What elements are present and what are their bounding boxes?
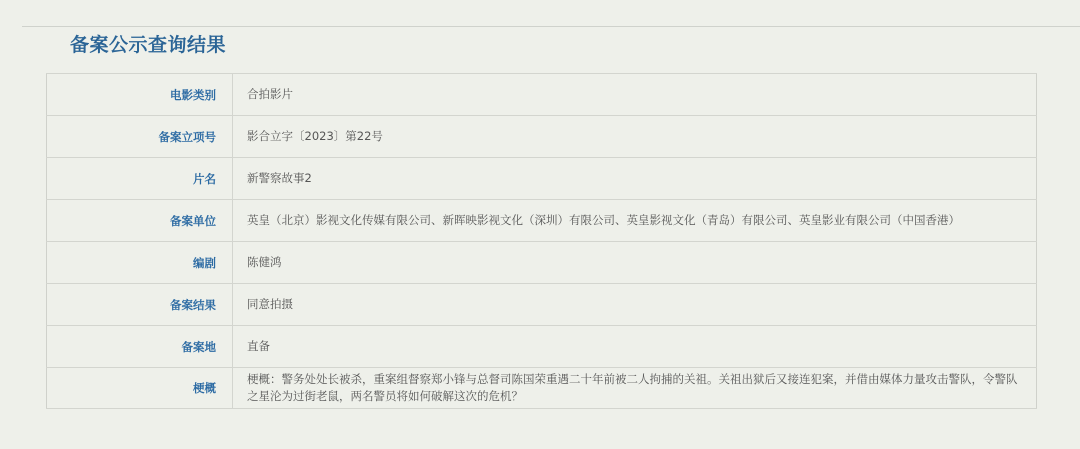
page-title: 备案公示查询结果 xyxy=(70,30,226,57)
table-row-filing-result: 备案结果 同意拍摄 xyxy=(47,284,1037,326)
table-row-filing-units: 备案单位 英皇（北京）影视文化传媒有限公司、新晖映影视文化（深圳）有限公司、英皇… xyxy=(47,200,1037,242)
row-value: 直备 xyxy=(233,326,1037,368)
table-row-filing-location: 备案地 直备 xyxy=(47,326,1037,368)
table-row-project-number: 备案立项号 影合立字〔2023〕第22号 xyxy=(47,116,1037,158)
table-row-film-category: 电影类别 合拍影片 xyxy=(47,74,1037,116)
table-row-film-title: 片名 新警察故事2 xyxy=(47,158,1037,200)
row-value: 新警察故事2 xyxy=(233,158,1037,200)
row-value: 梗概：警务处处长被杀，重案组督察郑小锋与总督司陈国荣重遇二十年前被二人拘捕的关祖… xyxy=(233,368,1037,409)
top-divider xyxy=(22,26,1080,27)
table-row-screenwriter: 编剧 陈健鸿 xyxy=(47,242,1037,284)
row-label: 电影类别 xyxy=(47,74,233,116)
table-row-synopsis: 梗概 梗概：警务处处长被杀，重案组督察郑小锋与总督司陈国荣重遇二十年前被二人拘捕… xyxy=(47,368,1037,409)
row-label: 备案立项号 xyxy=(47,116,233,158)
row-label: 编剧 xyxy=(47,242,233,284)
row-label: 片名 xyxy=(47,158,233,200)
row-label: 备案单位 xyxy=(47,200,233,242)
record-table: 电影类别 合拍影片 备案立项号 影合立字〔2023〕第22号 片名 新警察故事2… xyxy=(46,73,1037,409)
row-value: 英皇（北京）影视文化传媒有限公司、新晖映影视文化（深圳）有限公司、英皇影视文化（… xyxy=(233,200,1037,242)
row-value: 合拍影片 xyxy=(233,74,1037,116)
row-value: 影合立字〔2023〕第22号 xyxy=(233,116,1037,158)
row-value: 同意拍摄 xyxy=(233,284,1037,326)
row-value: 陈健鸿 xyxy=(233,242,1037,284)
row-label: 备案结果 xyxy=(47,284,233,326)
row-label: 梗概 xyxy=(47,368,233,409)
row-label: 备案地 xyxy=(47,326,233,368)
